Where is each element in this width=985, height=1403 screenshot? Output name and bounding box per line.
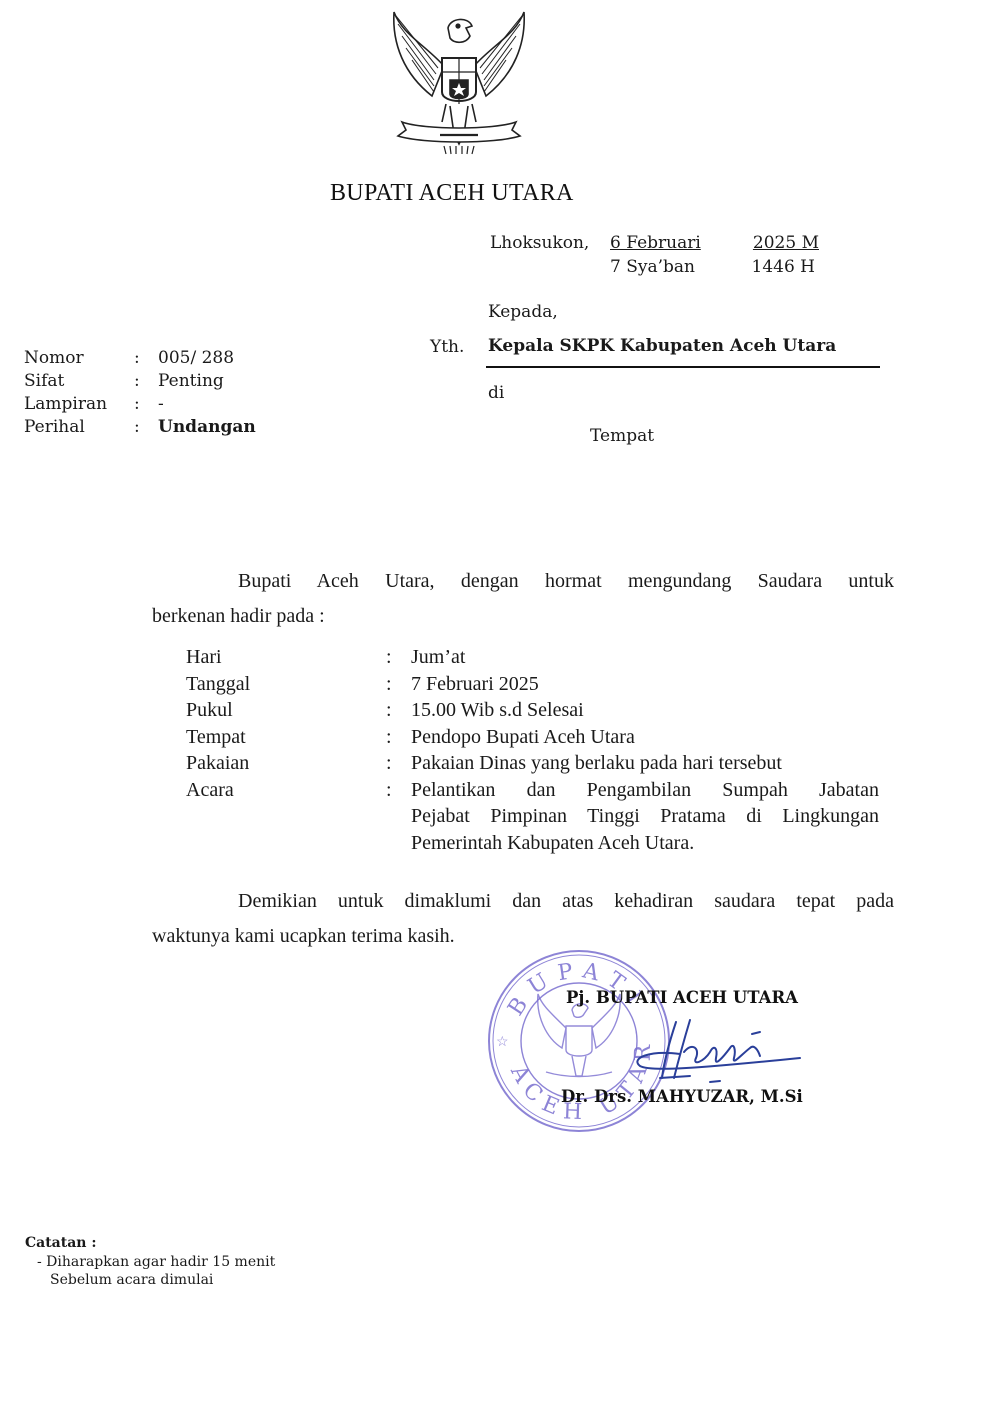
- detail-row-hari: Hari:Jum’at: [186, 644, 879, 671]
- closing-paragraph-line-2: waktunya kami ucapkan terima kasih.: [152, 925, 455, 948]
- detail-value-line: Pelantikan dan Pengambilan Sumpah Jabata…: [411, 777, 879, 804]
- handwritten-signature-icon: [620, 1012, 810, 1092]
- detail-sep: :: [386, 724, 411, 751]
- detail-value-line: 15.00 Wib s.d Selesai: [411, 697, 879, 724]
- meta-row-sifat: Sifat : Penting: [24, 370, 256, 393]
- hijri-year: 1446 H: [747, 255, 815, 279]
- gregorian-date: 6 Februari: [610, 231, 747, 255]
- meta-row-nomor: Nomor : 005/ 288: [24, 347, 256, 370]
- detail-value-line: Pendopo Bupati Aceh Utara: [411, 724, 879, 751]
- detail-value-line: Pemerintah Kabupaten Aceh Utara.: [411, 830, 879, 857]
- detail-value-line: 7 Februari 2025: [411, 671, 879, 698]
- detail-row-pukul: Pukul:15.00 Wib s.d Selesai: [186, 697, 879, 724]
- event-details: Hari:Jum’atTanggal:7 Februari 2025Pukul:…: [186, 644, 879, 856]
- garuda-emblem-icon: [384, 4, 534, 156]
- addressee-name: Kepala SKPK Kabupaten Aceh Utara: [488, 336, 836, 356]
- meta-label: Sifat: [24, 370, 134, 393]
- addressee-yth: Yth.: [430, 337, 464, 357]
- detail-sep: :: [386, 644, 411, 671]
- detail-value-line: Jum’at: [411, 644, 879, 671]
- meta-row-lampiran: Lampiran : -: [24, 393, 256, 416]
- org-title: BUPATI ACEH UTARA: [330, 180, 574, 207]
- detail-row-tempat: Tempat:Pendopo Bupati Aceh Utara: [186, 724, 879, 751]
- notes-line-1: - Diharapkan agar hadir 15 menit: [37, 1254, 275, 1270]
- addressee-kepada: Kepada,: [488, 302, 558, 322]
- closing-paragraph-line-1: Demikian untuk dimaklumi dan atas kehadi…: [152, 890, 894, 913]
- notes-line-2: Sebelum acara dimulai: [50, 1272, 213, 1288]
- meta-value: 005/ 288: [158, 347, 234, 370]
- detail-sep: :: [386, 671, 411, 698]
- meta-value: -: [158, 393, 164, 416]
- notes-title: Catatan :: [25, 1235, 97, 1251]
- hijri-date: 7 Sya’ban: [610, 255, 747, 279]
- detail-label: Pakaian: [186, 750, 386, 777]
- intro-paragraph-line-2: berkenan hadir pada :: [152, 605, 325, 628]
- detail-value: 7 Februari 2025: [411, 671, 879, 698]
- meta-sep: :: [134, 370, 158, 393]
- meta-sep: :: [134, 347, 158, 370]
- meta-sep: :: [134, 393, 158, 416]
- meta-value: Undangan: [158, 416, 256, 439]
- letter-meta: Nomor : 005/ 288 Sifat : Penting Lampira…: [24, 347, 256, 439]
- detail-value: 15.00 Wib s.d Selesai: [411, 697, 879, 724]
- detail-sep: :: [386, 697, 411, 724]
- detail-row-acara: Acara:Pelantikan dan Pengambilan Sumpah …: [186, 777, 879, 857]
- signatory-name: Dr. Drs. MAHYUZAR, M.Si: [561, 1087, 803, 1106]
- gregorian-year: 2025 M: [747, 231, 819, 255]
- detail-row-pakaian: Pakaian:Pakaian Dinas yang berlaku pada …: [186, 750, 879, 777]
- detail-label: Hari: [186, 644, 386, 671]
- meta-label: Perihal: [24, 416, 134, 439]
- detail-sep: :: [386, 750, 411, 777]
- meta-sep: :: [134, 416, 158, 439]
- date-place: Lhoksukon,: [490, 231, 610, 255]
- addressee-underline: [486, 366, 880, 368]
- detail-sep: :: [386, 777, 411, 857]
- meta-row-perihal: Perihal : Undangan: [24, 416, 256, 439]
- addressee-di: di: [488, 383, 504, 403]
- detail-value-line: Pakaian Dinas yang berlaku pada hari ter…: [411, 750, 879, 777]
- intro-text: Bupati Aceh Utara, dengan hormat mengund…: [238, 570, 894, 592]
- detail-label: Pukul: [186, 697, 386, 724]
- intro-paragraph-line-1: Bupati Aceh Utara, dengan hormat mengund…: [152, 570, 894, 593]
- signatory-title: Pj. BUPATI ACEH UTARA: [566, 988, 798, 1007]
- detail-label: Acara: [186, 777, 386, 857]
- detail-value: Jum’at: [411, 644, 879, 671]
- detail-label: Tempat: [186, 724, 386, 751]
- closing-text: Demikian untuk dimaklumi dan atas kehadi…: [238, 890, 894, 912]
- svg-text:☆: ☆: [496, 1034, 509, 1050]
- meta-value: Penting: [158, 370, 224, 393]
- detail-label: Tanggal: [186, 671, 386, 698]
- meta-label: Lampiran: [24, 393, 134, 416]
- detail-value: Pendopo Bupati Aceh Utara: [411, 724, 879, 751]
- letter-date: Lhoksukon, 6 Februari 2025 M 7 Sya’ban 1…: [490, 231, 819, 279]
- detail-value: Pakaian Dinas yang berlaku pada hari ter…: [411, 750, 879, 777]
- meta-label: Nomor: [24, 347, 134, 370]
- addressee-tempat: Tempat: [590, 426, 654, 446]
- detail-value: Pelantikan dan Pengambilan Sumpah Jabata…: [411, 777, 879, 857]
- detail-row-tanggal: Tanggal:7 Februari 2025: [186, 671, 879, 698]
- detail-value-line: Pejabat Pimpinan Tinggi Pratama di Lingk…: [411, 803, 879, 830]
